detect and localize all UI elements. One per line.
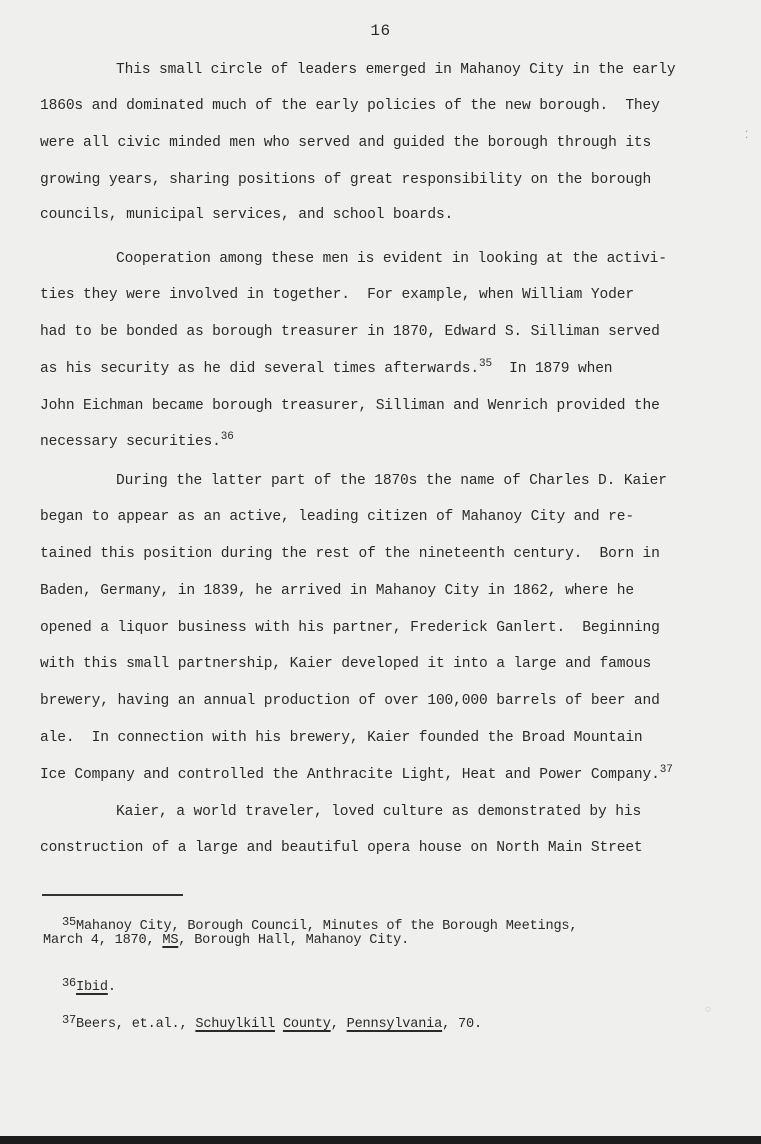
paragraph-3-line-9: Ice Company and controlled the Anthracit…	[40, 766, 673, 784]
line-text: as his security as he did several times …	[40, 361, 479, 377]
line-text: Ice Company and controlled the Anthracit…	[40, 767, 660, 783]
underlined-title: MS	[162, 933, 178, 948]
footnote-divider	[42, 894, 183, 896]
footnote-ref-36[interactable]: 36	[221, 431, 234, 443]
paragraph-2-line-4: as his security as he did several times …	[40, 360, 612, 378]
paragraph-3-line-3: tained this position during the rest of …	[40, 545, 660, 563]
footnote-text: , 70.	[442, 1017, 482, 1032]
paragraph-3-line-5: opened a liquor business with his partne…	[40, 619, 660, 637]
footnote-36: 36Ibid.	[62, 975, 116, 996]
footnote-35-line-2: March 4, 1870, MS, Borough Hall, Mahanoy…	[43, 933, 409, 949]
line-text: In 1879 when	[509, 361, 612, 377]
footnote-number: 37	[62, 1013, 76, 1027]
footnote-text: Mahanoy City, Borough Council, Minutes o…	[76, 919, 577, 934]
underlined-title: County	[283, 1017, 331, 1032]
paragraph-4-line-2: construction of a large and beautiful op…	[40, 839, 643, 857]
footnote-ref-37[interactable]: 37	[660, 764, 673, 776]
paragraph-1-line-4: growing years, sharing positions of grea…	[40, 171, 651, 189]
underlined-title: Pennsylvania	[347, 1017, 443, 1032]
paragraph-4-line-1: Kaier, a world traveler, loved culture a…	[116, 803, 641, 821]
footnote-35: 35Mahanoy City, Borough Council, Minutes…	[62, 914, 577, 935]
footnote-text	[275, 1017, 283, 1032]
paragraph-3-line-6: with this small partnership, Kaier devel…	[40, 655, 651, 673]
paragraph-3-line-4: Baden, Germany, in 1839, he arrived in M…	[40, 582, 634, 600]
footnote-text: March 4, 1870,	[43, 933, 162, 948]
footnote-text: ,	[331, 1017, 347, 1032]
underlined-title: Ibid	[76, 980, 108, 995]
scan-bottom-edge	[0, 1136, 761, 1144]
footnote-ref-35[interactable]: 35	[479, 358, 492, 370]
footnote-number: 36	[62, 976, 76, 990]
paragraph-1-line-2: 1860s and dominated much of the early po…	[40, 97, 660, 115]
footnote-text: .	[108, 980, 116, 995]
scan-speck: ◌	[705, 1005, 711, 1016]
footnote-text: Beers, et.al.,	[76, 1017, 195, 1032]
document-page: 16 This small circle of leaders emerged …	[0, 0, 761, 1144]
paragraph-3-line-2: began to appear as an active, leading ci…	[40, 508, 634, 526]
paragraph-2-line-2: ties they were involved in together. For…	[40, 286, 634, 304]
footnote-37: 37Beers, et.al., Schuylkill County, Penn…	[62, 1012, 482, 1033]
paragraph-1-line-1: This small circle of leaders emerged in …	[116, 61, 676, 79]
footnote-number: 35	[62, 915, 76, 929]
paragraph-1-line-3: were all civic minded men who served and…	[40, 134, 651, 152]
line-text: necessary securities.	[40, 434, 221, 450]
paragraph-3-line-8: ale. In connection with his brewery, Kai…	[40, 729, 643, 747]
paragraph-2-line-3: had to be bonded as borough treasurer in…	[40, 323, 660, 341]
footnote-text: , Borough Hall, Mahanoy City.	[178, 933, 409, 948]
paragraph-3-line-7: brewery, having an annual production of …	[40, 692, 660, 710]
paragraph-1-line-5: councils, municipal services, and school…	[40, 206, 453, 224]
paragraph-2-line-6: necessary securities.36	[40, 433, 234, 451]
scan-speck: ⁚	[745, 130, 748, 142]
underlined-title: Schuylkill	[195, 1017, 275, 1032]
page-number: 16	[0, 22, 761, 40]
paragraph-2-line-1: Cooperation among these men is evident i…	[116, 250, 667, 268]
paragraph-2-line-5: John Eichman became borough treasurer, S…	[40, 397, 660, 415]
paragraph-3-line-1: During the latter part of the 1870s the …	[116, 472, 667, 490]
